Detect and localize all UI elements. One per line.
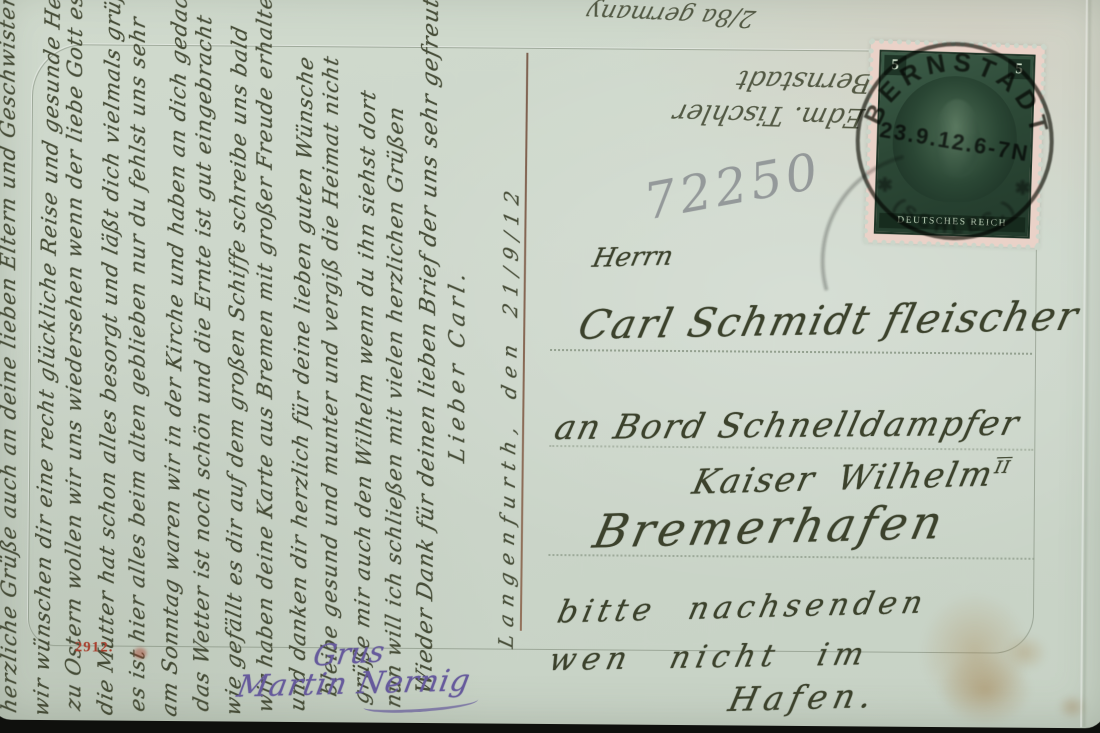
postcard-back: herzliche Grüße auch an deine lieben Elt… — [0, 0, 1100, 728]
address-salutation-text: Herrn — [590, 241, 676, 273]
address-city-line: Bremerhafen — [589, 495, 952, 559]
message-column: zu Ostern wollen wir uns wiedersehen wen… — [61, 0, 87, 712]
recipient-note-line: Bernstadt — [578, 58, 876, 100]
scanned-postcard: herzliche Grüße auch an deine lieben Elt… — [0, 0, 1100, 733]
address-ship-line: an Bord Schnelldampfer — [551, 404, 1025, 449]
message-column: bleibe gesund und munter und vergiß die … — [317, 53, 343, 698]
signature-underline-flourish — [363, 692, 479, 714]
card-edge-crease — [1080, 0, 1088, 727]
message-column: nun will ich schließen mit vielen herzli… — [381, 104, 408, 710]
recipient-note-line: Edm. Tischler — [570, 93, 868, 135]
address-note-line3: Hafen. — [725, 676, 882, 719]
address-city-text: Bremerhafen — [589, 495, 952, 559]
message-column: das Wetter ist noch schön und die Ernte … — [189, 12, 216, 713]
message-column: herzliche Grüße auch an deine lieben Elt… — [0, 0, 21, 715]
address-name-line: Carl Schmidt fleischer — [574, 294, 1084, 349]
stain-blot — [1057, 694, 1087, 720]
postmark-second-strike — [790, 150, 921, 301]
stain-blot — [1004, 634, 1048, 672]
recipient-note-annotation: Edm. Tischler Bernstadt — [570, 58, 877, 135]
address-ship-name-text: Kaiser Wilhelm — [689, 454, 998, 502]
message-salutation: Lieber Carl. — [445, 265, 470, 465]
address-ship-text: an Bord Schnelldampfer — [551, 404, 1025, 449]
address-note3-text: Hafen. — [725, 676, 882, 719]
address-note2-text: wen nicht im — [546, 636, 874, 678]
red-ink-speck — [134, 648, 147, 659]
postmark-ring-fragment — [822, 156, 903, 291]
address-name-text: Carl Schmidt fleischer — [574, 294, 1084, 349]
message-column: wir haben deine Karte aus Bremen mit gro… — [253, 0, 278, 715]
address-note-line2: wen nicht im — [546, 636, 874, 678]
address-salutation: Herrn — [590, 245, 675, 271]
dealer-code-annotation: 2/8a germany — [441, 0, 758, 33]
printed-card-number: 2912. — [75, 639, 114, 656]
message-column: es ist hier alles beim alten geblieben n… — [125, 14, 150, 714]
